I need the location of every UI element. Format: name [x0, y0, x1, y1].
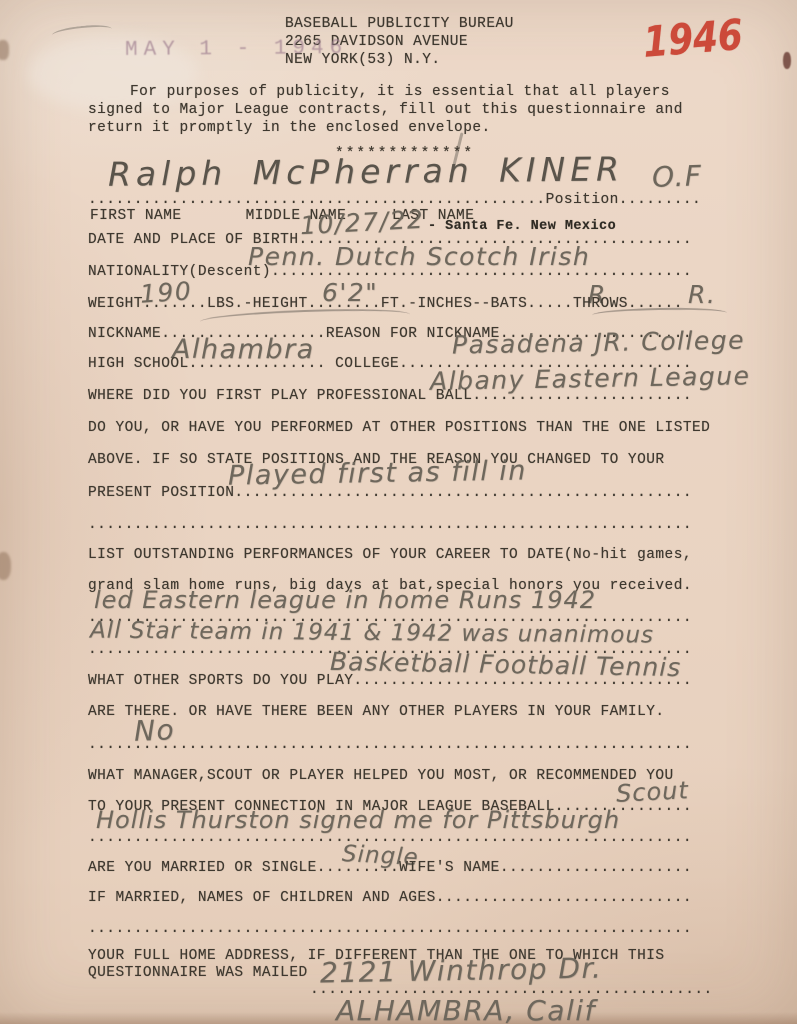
- intro-line: For purposes of publicity, it is essenti…: [88, 84, 670, 100]
- other-positions-q1: DO YOU, OR HAVE YOU PERFORMED AT OTHER P…: [88, 420, 710, 436]
- blank-dotted-line: ........................................…: [88, 517, 692, 533]
- year-annotation-red: 1946: [642, 10, 744, 67]
- present-position-line: PRESENT POSITION........................…: [88, 485, 692, 501]
- college-handwritten: Pasadena JR. College: [452, 325, 745, 359]
- paper-mark: [783, 52, 791, 69]
- paper-chip: [0, 552, 11, 580]
- other-sports-line: WHAT OTHER SPORTS DO YOU PLAY...........…: [88, 673, 692, 689]
- blank-dotted-line-2: ........................................…: [88, 921, 692, 937]
- family-answer-line: ........................................…: [88, 737, 692, 753]
- intro-line: signed to Major League contracts, fill o…: [88, 102, 683, 118]
- name-handwritten: Ralph McPherran KINER: [108, 149, 624, 193]
- throws-handwritten: R.: [688, 280, 716, 309]
- first-pro-line: WHERE DID YOU FIRST PLAY PROFESSIONAL BA…: [88, 388, 692, 404]
- paper-chip: [0, 40, 9, 60]
- received-date-stamp: MAY 1 - 1946: [125, 37, 348, 62]
- performances-q1: LIST OUTSTANDING PERFORMANCES OF YOUR CA…: [88, 547, 692, 563]
- questionnaire-document: BASEBALL PUBLICITY BUREAU 2265 DAVIDSON …: [0, 0, 797, 1024]
- org-name: BASEBALL PUBLICITY BUREAU: [285, 16, 514, 32]
- intro-line: return it promptly in the enclosed envel…: [88, 120, 491, 136]
- physical-line: WEIGHT.......LBS.-HEIGHT........FT.-INCH…: [88, 296, 683, 312]
- position-handwritten: O.F: [651, 159, 703, 194]
- marital-line: ARE YOU MARRIED OR SINGLE.........WIFE'S…: [88, 860, 692, 876]
- address-q2: QUESTIONNAIRE WAS MAILED: [88, 965, 308, 981]
- helped-q1: WHAT MANAGER,SCOUT OR PLAYER HELPED YOU …: [88, 768, 674, 784]
- children-line: IF MARRIED, NAMES OF CHILDREN AND AGES..…: [88, 890, 692, 906]
- address-city-handwritten: ALHAMBRA, Calif: [336, 994, 596, 1024]
